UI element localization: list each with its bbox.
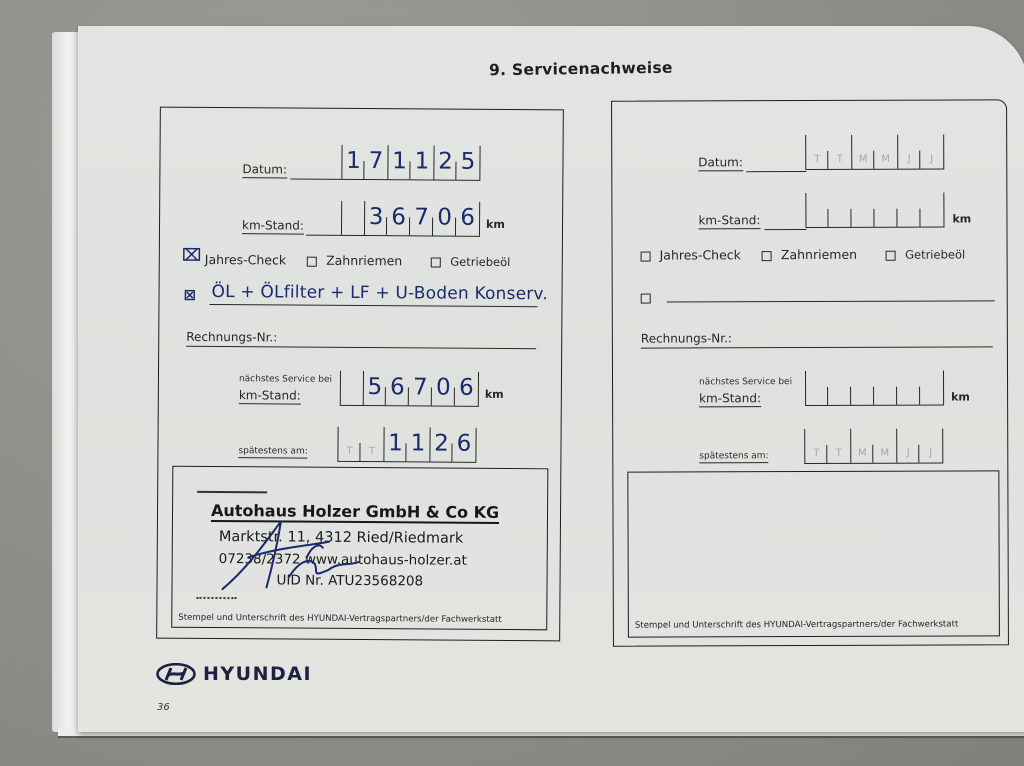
- dealer-stamp-box[interactable]: Stempel und Unterschrift des HYUNDAI-Ver…: [627, 470, 1000, 637]
- km-field[interactable]: [805, 193, 944, 228]
- km-unit: km: [485, 388, 504, 401]
- digit-cell[interactable]: 7: [410, 201, 433, 235]
- digit-cell[interactable]: 5: [363, 371, 386, 405]
- latest-date-label: spätestens am:: [238, 446, 307, 458]
- digit-cell[interactable]: [920, 193, 943, 227]
- checkbox-label: Jahres-Check: [205, 252, 286, 268]
- next-km-label: km-Stand:: [239, 388, 301, 404]
- digit-cell[interactable]: [851, 193, 874, 227]
- latest-date-field[interactable]: TT1126: [337, 427, 476, 463]
- digit-cell[interactable]: J: [896, 429, 919, 463]
- digit-cell[interactable]: 1: [341, 145, 364, 179]
- digit-cell[interactable]: 6: [456, 202, 479, 236]
- digit-cell[interactable]: [897, 371, 920, 405]
- hyundai-logo-icon: [156, 663, 196, 685]
- digit-cell[interactable]: M: [851, 135, 874, 169]
- signature-icon: [218, 517, 379, 598]
- km-label: km-Stand:: [698, 213, 760, 229]
- next-service-label: nächstes Service bei: [239, 374, 332, 385]
- other-service-text[interactable]: ÖL + ÖLfilter + LF + U-Boden Konserv.: [211, 282, 548, 304]
- service-entry-empty: Datum: TTMMJJ km-Stand: km Jahres-CheckZ…: [611, 99, 1009, 646]
- digit-cell[interactable]: [874, 193, 897, 227]
- other-service-field[interactable]: [667, 300, 995, 302]
- checkbox-box[interactable]: [307, 256, 317, 266]
- page-title: 9. Servicenachweise: [489, 59, 673, 80]
- checkbox-box[interactable]: [641, 251, 651, 261]
- digit-cell[interactable]: 1: [406, 427, 429, 461]
- invoice-label: Rechnungs-Nr.:: [641, 331, 732, 345]
- digit-cell[interactable]: 5: [456, 146, 479, 180]
- km-unit: km: [486, 218, 505, 231]
- digit-cell[interactable]: [874, 371, 897, 405]
- brand-logo: HYUNDAI: [156, 663, 312, 685]
- checkbox-box[interactable]: [762, 251, 772, 261]
- digit-cell[interactable]: 6: [386, 371, 409, 405]
- checkbox-getriebeöl[interactable]: Getriebeöl: [431, 253, 510, 269]
- digit-cell[interactable]: 0: [432, 372, 455, 406]
- invoice-label: Rechnungs-Nr.:: [186, 330, 277, 345]
- checkbox-zahnriemen[interactable]: Zahnriemen: [307, 253, 402, 269]
- check-mark-icon: ⌧: [182, 246, 202, 266]
- checkbox-jahres-check[interactable]: Jahres-Check: [641, 247, 741, 262]
- digit-cell[interactable]: 2: [429, 427, 452, 461]
- checkbox-getriebeöl[interactable]: Getriebeöl: [886, 246, 965, 261]
- digit-cell[interactable]: J: [897, 135, 920, 169]
- digit-cell[interactable]: M: [873, 429, 896, 463]
- next-km-field[interactable]: [805, 371, 944, 406]
- latest-date-label: spätestens am:: [699, 451, 768, 463]
- digit-cell[interactable]: 1: [410, 145, 433, 179]
- digit-cell[interactable]: 7: [364, 145, 387, 179]
- date-label: Datum:: [242, 162, 287, 178]
- digit-cell[interactable]: 7: [409, 371, 432, 405]
- other-service-checkbox[interactable]: [641, 293, 651, 303]
- check-mark-icon: ⊠: [183, 286, 196, 304]
- dealer-stamp-box: Autohaus Holzer GmbH & Co KG Marktstr. 1…: [171, 466, 548, 631]
- next-km-label: km-Stand:: [699, 391, 761, 407]
- digit-cell[interactable]: M: [850, 429, 873, 463]
- digit-cell[interactable]: 6: [455, 372, 478, 406]
- digit-cell[interactable]: T: [828, 135, 851, 169]
- digit-cell[interactable]: 6: [387, 201, 410, 235]
- digit-cell[interactable]: 2: [433, 146, 456, 180]
- digit-cell[interactable]: T: [827, 429, 850, 463]
- digit-cell[interactable]: [828, 193, 851, 227]
- digit-cell[interactable]: 3: [364, 201, 387, 235]
- digit-cell[interactable]: [341, 201, 364, 235]
- digit-cell[interactable]: [828, 371, 851, 405]
- digit-cell[interactable]: 6: [452, 428, 475, 462]
- digit-cell[interactable]: 1: [383, 427, 406, 461]
- brand-name: HYUNDAI: [203, 663, 312, 685]
- date-field[interactable]: TTMMJJ: [805, 135, 944, 170]
- digit-cell[interactable]: [805, 371, 828, 405]
- checkbox-box[interactable]: [886, 250, 896, 260]
- checkbox-label: Zahnriemen: [326, 253, 402, 269]
- date-field[interactable]: 171125: [341, 145, 480, 181]
- checkbox-label: Zahnriemen: [781, 247, 857, 262]
- date-label: Datum:: [698, 155, 743, 171]
- stamp-caption: Stempel und Unterschrift des HYUNDAI-Ver…: [635, 619, 958, 630]
- latest-date-field[interactable]: TTMMJJ: [804, 429, 943, 464]
- digit-cell[interactable]: T: [337, 427, 360, 461]
- digit-cell[interactable]: J: [919, 429, 942, 463]
- digit-cell[interactable]: T: [360, 427, 383, 461]
- page-number: 36: [157, 702, 170, 713]
- checkbox-zahnriemen[interactable]: Zahnriemen: [762, 247, 857, 262]
- digit-cell[interactable]: M: [874, 135, 897, 169]
- next-km-field[interactable]: 56706: [340, 371, 479, 407]
- digit-cell[interactable]: [897, 193, 920, 227]
- digit-cell[interactable]: [340, 371, 363, 405]
- digit-cell[interactable]: T: [804, 429, 827, 463]
- km-field[interactable]: 36706: [341, 201, 480, 237]
- invoice-field[interactable]: [641, 346, 993, 348]
- service-entry-filled: Datum: 171125 km-Stand: 36706 km Jahres-…: [156, 107, 564, 642]
- km-unit: km: [952, 212, 971, 225]
- service-checkboxes: Jahres-CheckZahnriemenGetriebeöl: [186, 252, 526, 269]
- digit-cell[interactable]: [920, 371, 943, 405]
- service-checkboxes: Jahres-CheckZahnriemenGetriebeöl: [641, 246, 981, 262]
- digit-cell[interactable]: 0: [433, 202, 456, 236]
- checkbox-label: Jahres-Check: [660, 247, 741, 262]
- next-service-label: nächstes Service bei: [699, 377, 792, 387]
- km-label: km-Stand:: [242, 218, 304, 234]
- stamp-caption: Stempel und Unterschrift des HYUNDAI-Ver…: [178, 613, 501, 625]
- checkbox-box[interactable]: [431, 257, 441, 267]
- digit-cell[interactable]: [805, 193, 828, 227]
- checkbox-label: Getriebeöl: [450, 255, 510, 269]
- digit-cell[interactable]: 1: [387, 145, 410, 179]
- checkbox-label: Getriebeöl: [905, 247, 965, 261]
- digit-cell[interactable]: [851, 371, 874, 405]
- digit-cell[interactable]: T: [805, 135, 828, 169]
- digit-cell[interactable]: J: [920, 135, 943, 169]
- km-unit: km: [951, 390, 970, 403]
